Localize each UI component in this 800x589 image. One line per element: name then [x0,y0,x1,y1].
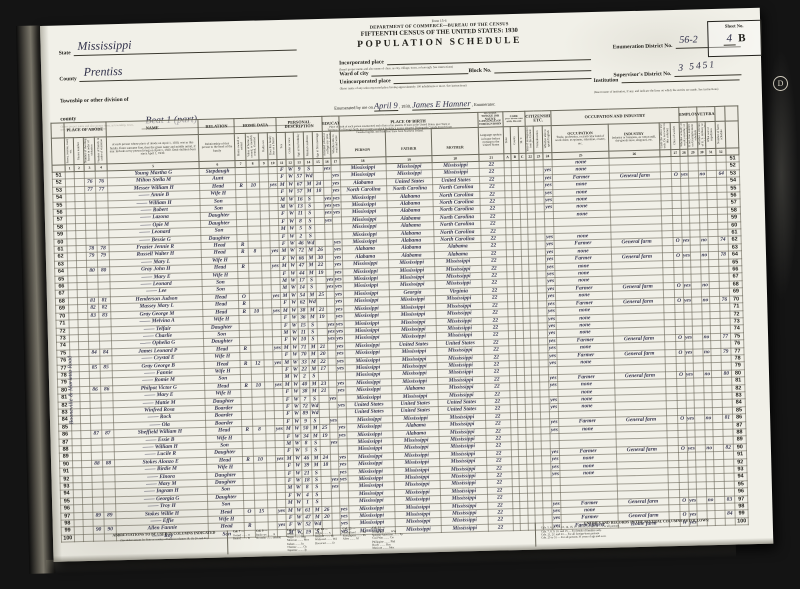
entry-cell: yes [326,276,335,284]
column-description: INDUSTRYIndustry or business, as cotton … [608,123,659,151]
column-description: of each person whose place of abode on A… [106,135,199,164]
entry-cell: yes [324,210,333,218]
entry-cell: yes [335,313,344,321]
column-group: PERSONAL DESCRIPTION [276,116,322,132]
column-group [714,106,725,121]
entry-cell: yes [548,382,558,390]
township-label: Township or other division of county [60,97,129,123]
entry-cell: yes [273,344,283,352]
entry-cell: yes [543,174,553,182]
column-group: PLACE OF ABODE [64,122,107,138]
entry-cell: yes [334,269,343,277]
entry-cell: yes [331,172,340,180]
entry-cell [83,534,93,542]
entry-cell: yes [339,461,348,469]
abbreviation-column: Col. 14 —Single ........ SMarried ......… [315,528,337,552]
entry-cell: yes [326,284,335,292]
entry-cell: yes [547,337,557,345]
entry-cell: yes [272,307,282,315]
entry-cell: yes [551,471,561,479]
entry-cell: yes [550,463,560,471]
entry-cell: yes [546,285,556,293]
entry-cell: yes [334,276,343,284]
entry-cell: yes [682,238,691,246]
entries-box: ENTRIES AND RECORDS IN THE SEVERAL COLUM… [535,517,754,546]
column-group: HOME DATA [234,118,276,134]
supervisors-district-field: Supervisor's District No. 3 [613,56,741,78]
state-field: State Mississippi [58,32,296,57]
entry-cell: yes [543,182,553,190]
entry-cell: yes [336,350,345,358]
entry-cell: Wd [306,240,316,248]
entry-cell: yes [332,187,341,195]
entry-cell: yes [544,189,554,197]
entry-cell: yes [551,500,561,508]
entry-cell: yes [550,426,560,434]
entry-cell: yes [277,507,287,515]
column-group [725,106,738,121]
entry-cell: Wd [310,403,320,411]
entry-cell: yes [268,181,278,189]
entry-cell: yes [549,404,559,412]
entry-cell: yes [549,419,559,427]
entry-cell: yes [273,359,283,367]
column-description: If not, line number on Unemployment sche… [687,122,697,149]
line-number-cell: 100 [61,535,74,543]
block-label: Block No. [468,68,491,75]
census-table-body: 51Young Martha GStepdaughFW9SyesMississi… [52,155,748,543]
column-group: MOTHER TONGUE (OR NATIVE LANGUAGE) OF FO… [477,112,503,128]
entry-cell: yes [270,263,280,271]
entry-cell: yes [333,239,342,247]
county-value: Prentiss [83,64,122,79]
entry-cell: yes [548,374,558,382]
census-sheet: State Mississippi County Prentiss Townsh… [40,8,773,562]
entry-cell: yes [546,300,556,308]
column-description [51,138,64,165]
entry-cell: yes [545,263,555,271]
entry-cell: yes [339,454,348,462]
column-description: OCCUPATIONTrade, profession, or particul… [551,124,609,152]
column-group: VETERANS [696,106,714,121]
entry-cell: Wd [310,410,320,418]
abbreviation-column: Col. 12 —White ........ WNegro ........ … [287,528,309,552]
column-group: RELATION [198,119,234,135]
column-group: CITIZENSHIP, ETC. [525,111,552,127]
column-description: Number of dwelling house in order of vis… [83,137,95,164]
entry-cell: yes [330,439,339,447]
state-label: State [59,50,71,56]
entry-cell: yes [547,308,557,316]
entry-cell: yes [327,335,336,343]
column-description: Value of home, if owned, or monthly rent… [245,133,259,160]
entry-cell: yes [687,445,696,453]
entry-cell: yes [339,469,348,477]
entry-cell: yes [684,334,693,342]
sheet-number-box: Sheet No. 4 B [707,20,762,57]
entry-cell: yes [334,261,343,269]
county-field: County Prentiss [59,58,297,83]
abbreviation-column: Col. 7 —Owned ........ ORented ........ … [233,530,251,554]
entry-cell: yes [545,248,555,256]
abbreviation-column: Col. 23 —Naturalized ........ NaFirst pa… [342,527,366,551]
entry-cell: yes [327,328,336,336]
entry-cell: yes [680,171,689,179]
entry-cell: yes [275,426,285,434]
entry-cell: yes [271,292,281,300]
entry-cell: yes [549,396,559,404]
sheet-number-value: 4 [723,32,735,45]
column-description: Home owned or rented [235,133,246,160]
entry-cell: yes [333,254,342,262]
entry-cell: yes [336,343,345,351]
entry-cell: yes [546,293,556,301]
scanner-background: D State Mississippi County Prentiss Town… [0,0,800,589]
entry-cell: yes [329,395,338,403]
entry-cell: yes [332,202,341,210]
abbreviation-column: Col. 31 —World War ........ WWSpanish-Am… [372,526,403,550]
entry-cell: yes [545,234,555,242]
entry-cell: yes [275,455,285,463]
entry-cell: yes [324,202,333,210]
entry-cell: yes [544,204,554,212]
entry-cell [93,534,105,542]
entry-cell: yes [335,328,344,336]
entry-cell: yes [685,349,694,357]
column-description: Code (for office use only. Do not write … [659,123,671,150]
entry-cell: yes [327,321,336,329]
column-group: EMPLOYMENT [678,107,696,122]
entry-cell: yes [683,282,692,290]
abbreviation-column: Col. 9 —Radio set ........ RNo radio ...… [256,529,282,553]
place-fields: Incorporated place (Insert proper name a… [339,54,592,91]
entry-cell: yes [324,195,333,203]
entry-cell: yes [543,167,553,175]
column-description: Whether actually at work yesterday or th… [679,122,688,149]
entry-cell: yes [337,402,346,410]
census-table: PLACE OF ABODENAMERELATIONHOME DATAPERSO… [50,105,748,543]
entry-cell: yes [334,283,343,291]
entry-cell: yes [338,431,347,439]
sheet-side-letter: B [738,32,746,44]
entry-cell: yes [550,448,560,456]
entry-cell: yes [683,297,692,305]
entry-cell: yes [335,306,344,314]
entry-cell: yes [546,278,556,286]
entry-cell: yes [547,315,557,323]
entry-cell: yes [334,291,343,299]
county-label: County [59,76,77,82]
entry-cell: yes [337,387,346,395]
entry-cell: yes [548,359,558,367]
entry-cell: yes [332,180,341,188]
state-value: Mississippi [77,38,131,53]
entry-cell [74,534,84,542]
entry-cell: yes [324,217,333,225]
column-description: Number of farm schedule [715,121,726,148]
column-description [725,121,739,148]
entry-cell: yes [546,271,556,279]
enumerator-name: James E Hamner [412,98,471,110]
entry-cell: yes [331,476,340,484]
entry-cell: yes [547,345,557,353]
entry-cell: yes [545,256,555,264]
entry-cell: yes [544,197,554,205]
entry-cell: yes [547,322,557,330]
column-description: Year of immigration into the United Stat… [525,126,534,153]
entry-cell: yes [323,165,332,173]
entry-cell: yes [332,209,341,217]
entry-cell: yes [332,195,341,203]
entry-cell: yes [329,417,338,425]
entry-cell: yes [688,497,697,505]
enumeration-date: April 9 [374,100,398,112]
entry-cell: yes [686,415,695,423]
column-group: CODE(For office use only. Do not write i… [503,111,525,127]
entry-cell: yes [545,241,555,249]
entry-cell: yes [336,357,345,365]
entry-cell: yes [550,456,560,464]
column-group [51,123,64,138]
supervisors-district-value: 3 [678,63,683,74]
column-description: Relationship of this person to the head … [199,134,235,162]
entry-cell: yes [340,506,349,514]
column-description: Number of family in order of visitation [94,137,106,164]
entry-cell: yes [337,380,346,388]
abbreviations-box: ABBREVIATIONS TO BE USED IN COLUMNS INDI… [105,530,229,557]
entry-cell: yes [333,246,342,254]
entry-cell: yes [335,298,344,306]
entry-cell: yes [340,513,349,521]
entry-cell: yes [339,476,348,484]
column-description: Language spoken in home before coming to… [478,127,504,155]
entry-cell: yes [548,352,558,360]
entry-cell: yes [685,371,694,379]
entry-cell: yes [335,320,344,328]
entry-cell: yes [338,424,347,432]
entry-cell: yes [336,365,345,373]
entry-cell: Wd [307,299,317,307]
entry-cell: yes [547,330,557,338]
entry-cell: yes [336,335,345,343]
entry-cell: yes [552,508,562,516]
enumeration-district-value: 56-2 [679,34,698,45]
margin-circle-mark: D [773,76,788,91]
title-block: Form 15-6 DEPARTMENT OF COMMERCE—BUREAU … [296,15,583,51]
entry-cell: Wd [304,173,314,181]
entry-cell: yes [270,248,280,256]
column-description: Whether a veteran of U. S. military or n… [697,122,706,149]
entry-cell: yes [682,252,691,260]
entry-cell: yes [331,484,340,492]
entry-cell: yes [273,381,283,389]
